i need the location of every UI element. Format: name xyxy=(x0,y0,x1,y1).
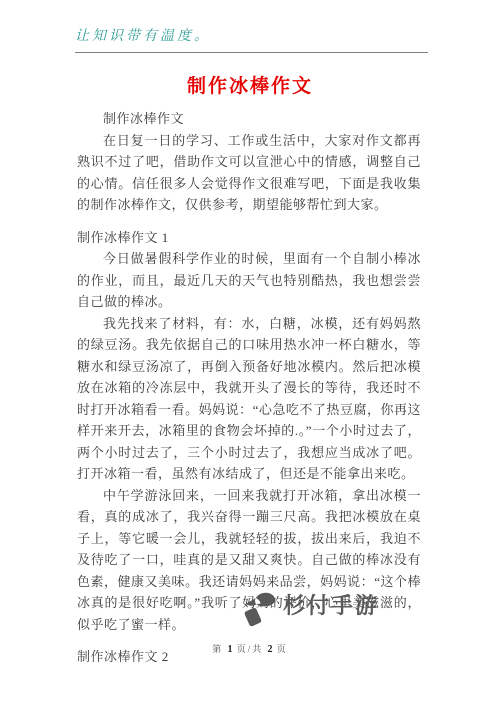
hand-card-logo-icon xyxy=(244,590,278,628)
page-title: 制作冰棒作文 xyxy=(0,71,500,98)
page-footer: 第 1 页/共 2 页 xyxy=(0,643,500,656)
watermark: 杉付手游 xyxy=(244,590,379,628)
section-heading-1: 制作冰棒作文 1 xyxy=(77,227,421,249)
paragraph: 今日做暑假科学作业的时候，里面有一个自制小棒冰的作业，而且，最近几天的天气也特别… xyxy=(77,248,421,313)
document-header: 让知识带有温度。 xyxy=(75,28,428,53)
header-slogan: 让知识带有温度。 xyxy=(75,28,428,46)
footer-total-pages: 2 xyxy=(268,644,273,655)
paragraph: 我先找来了材料，有：水，白糖，冰模，还有妈妈熬的绿豆汤。我先依据自己的口味用热水… xyxy=(77,313,421,485)
paragraph: 在日复一日的学习、工作或生活中，大家对作文都再熟识不过了吧，借助作文可以宣泄心中… xyxy=(77,130,421,216)
doc-subtitle: 制作冰棒作文 xyxy=(77,108,421,130)
footer-mid: 页/共 xyxy=(237,644,264,654)
document-page: 让知识带有温度。 制作冰棒作文 制作冰棒作文 在日复一日的学习、工作或生活中，大… xyxy=(0,0,500,707)
footer-prefix: 第 xyxy=(212,644,223,654)
document-body: 制作冰棒作文 在日复一日的学习、工作或生活中，大家对作文都再熟识不过了吧，借助作… xyxy=(77,108,421,668)
footer-current-page: 1 xyxy=(227,644,232,655)
watermark-brand-text: 杉付手游 xyxy=(283,594,379,618)
footer-suffix: 页 xyxy=(277,644,288,654)
